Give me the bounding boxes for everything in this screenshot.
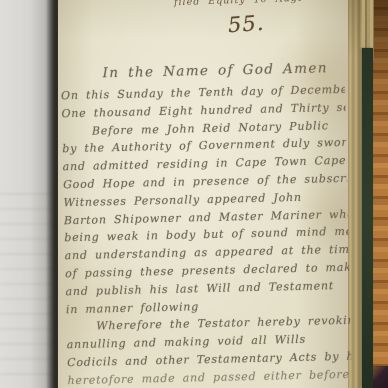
photo-scene: filed Equity 10 Augt 55. In the Name of … [0, 0, 388, 388]
manuscript-page: filed Equity 10 Augt 55. In the Name of … [58, 0, 348, 388]
book-cover-edge [362, 48, 373, 388]
folio-number: 55. [227, 11, 265, 37]
manuscript-text: In the Name of God AmenOn this Sunday th… [60, 55, 351, 388]
header-annotation: filed Equity 10 Augt [174, 0, 303, 8]
